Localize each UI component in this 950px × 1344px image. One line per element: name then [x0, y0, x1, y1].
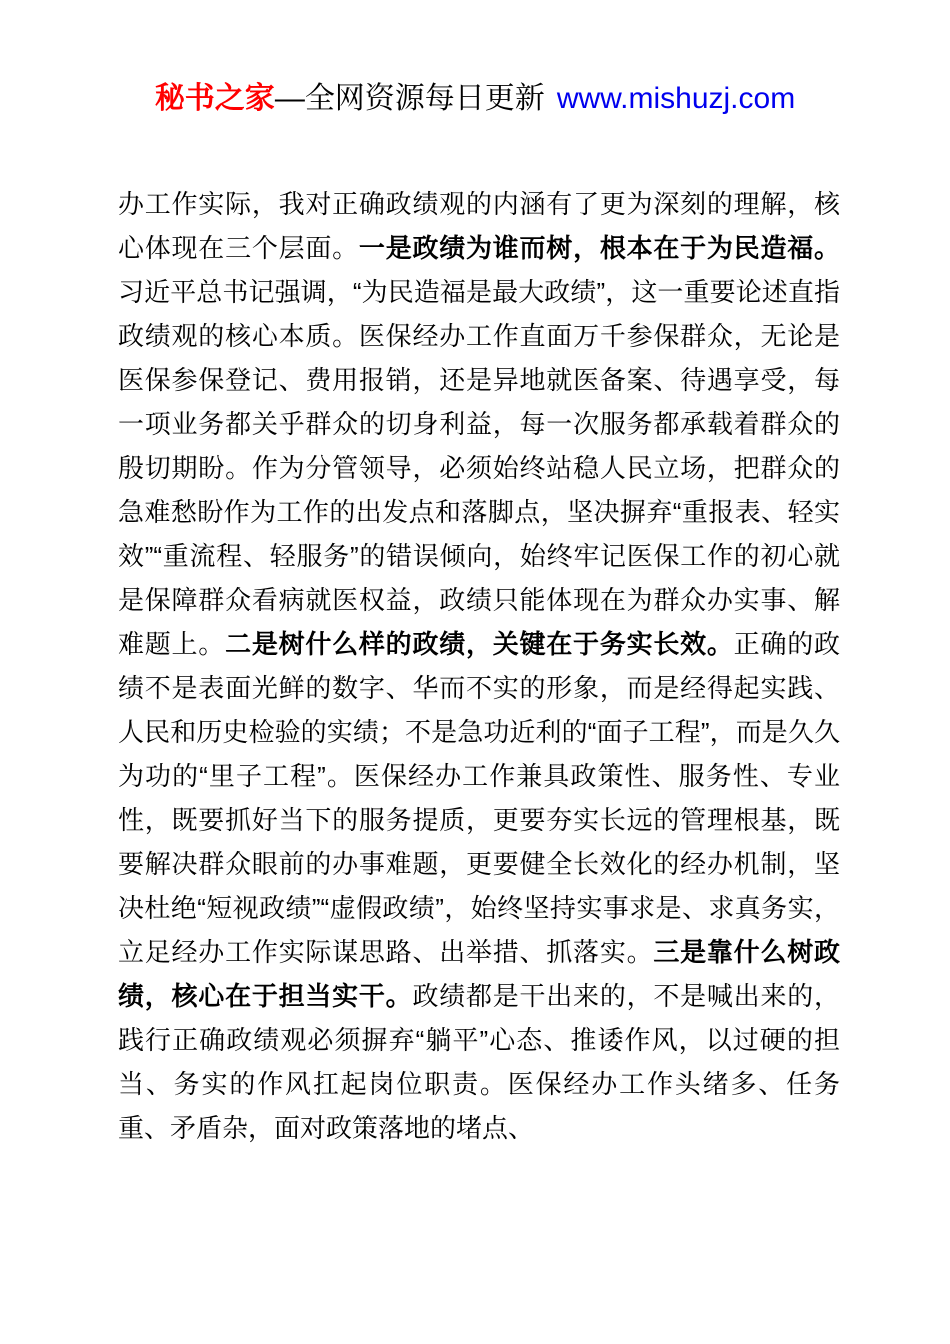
header-separator: — — [275, 82, 305, 115]
document-body: 办工作实际，我对正确政绩观的内涵有了更为深刻的理解，核心体现在三个层面。一是政绩… — [118, 182, 840, 1150]
header-tagline: 全网资源每日更新 — [305, 82, 545, 115]
bold-heading-segment: 一是政绩为谁而树，根本在于为民造福。 — [359, 233, 840, 263]
site-header: 秘书之家—全网资源每日更新www.mishuzj.com — [0, 0, 950, 118]
document-page: 秘书之家—全网资源每日更新www.mishuzj.com 办工作实际，我对正确政… — [0, 0, 950, 1344]
site-name: 秘书之家 — [155, 82, 275, 115]
paragraph: 办工作实际，我对正确政绩观的内涵有了更为深刻的理解，核心体现在三个层面。一是政绩… — [118, 182, 840, 1150]
site-url-link[interactable]: www.mishuzj.com — [557, 82, 795, 115]
bold-heading-segment: 二是树什么样的政绩，关键在于务实长效。 — [225, 629, 734, 659]
text-segment: 正确的政绩不是表面光鲜的数字、华而不实的形象，而是经得起实践、人民和历史检验的实… — [118, 629, 840, 967]
text-segment: 习近平总书记强调，“为民造福是最大政绩”，这一重要论述直指政绩观的核心本质。医保… — [118, 277, 840, 659]
